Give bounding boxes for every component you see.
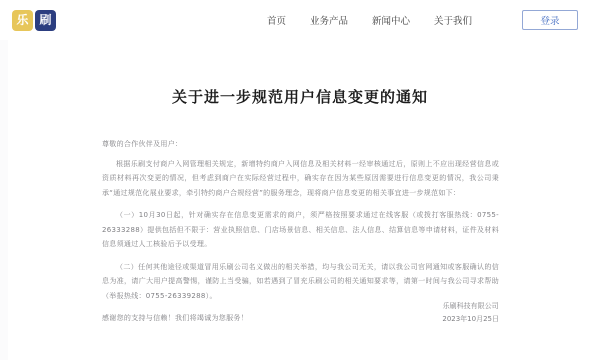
nav-item-news[interactable]: 新闻中心 xyxy=(372,13,410,27)
signature-company: 乐刷科技有限公司 xyxy=(442,300,499,313)
site-header: 乐 刷 首页 业务产品 新闻中心 关于我们 登录 xyxy=(0,0,600,40)
notice-paragraph-intro: 根据乐刷支付商户入网管理相关规定，新增特约商户入网信息及相关材料一经审核通过后，… xyxy=(102,157,499,201)
notice-paragraph-item2: （二）任何其他途径或渠道冒用乐刷公司名义做出的相关举措，均与我公司无关，请以我公… xyxy=(102,260,499,304)
main-nav: 首页 业务产品 新闻中心 关于我们 登录 xyxy=(267,10,578,30)
login-button[interactable]: 登录 xyxy=(522,10,578,30)
site-logo[interactable]: 乐 刷 xyxy=(12,10,56,31)
notice-body: 尊敬的合作伙伴及用户： 根据乐刷支付商户入网管理相关规定，新增特约商户入网信息及… xyxy=(102,137,499,326)
signature-block: 乐刷科技有限公司 2023年10月25日 xyxy=(102,300,499,326)
nav-item-about[interactable]: 关于我们 xyxy=(434,13,472,27)
nav-item-home[interactable]: 首页 xyxy=(267,13,286,27)
logo-char-le: 乐 xyxy=(12,10,33,31)
logo-char-shua: 刷 xyxy=(35,10,56,31)
salutation: 尊敬的合作伙伴及用户： xyxy=(102,137,499,152)
signature-date: 2023年10月25日 xyxy=(442,313,499,326)
nav-item-products[interactable]: 业务产品 xyxy=(310,13,348,27)
notice-paragraph-item1: （一）10月30日起，针对确实存在信息变更需求的商户，须严格按照要求通过在线客服… xyxy=(102,208,499,252)
notice-title: 关于进一步规范用户信息变更的通知 xyxy=(0,86,600,107)
